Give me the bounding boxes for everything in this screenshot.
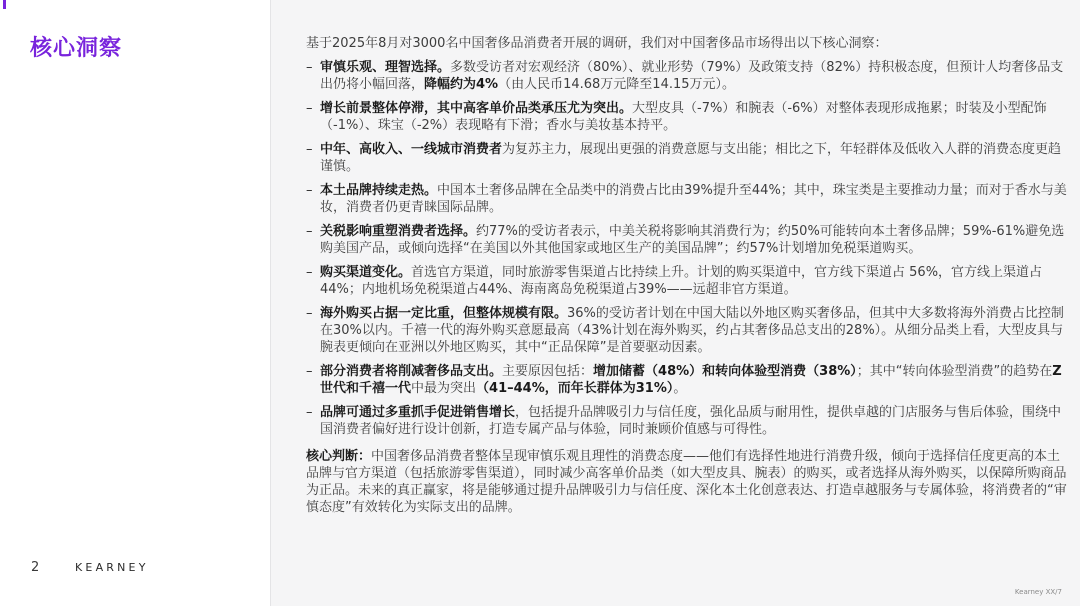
text-segment-bold: 本土品牌持续走热。 [320,183,437,198]
insight-list: –审慎乐观、理智选择。多数受访者对宏观经济（80%）、就业形势（79%）及政策支… [306,59,1068,438]
list-item: –部分消费者将削减奢侈品支出。主要原因包括：增加储蓄（48%）和转向体验型消费（… [306,363,1068,397]
bullet-dash: – [306,363,313,380]
kearney-logo: KEARNEY [75,561,149,574]
text-segment-bold: 关税影响重塑消费者选择。 [320,224,476,239]
text-segment: 。 [673,381,686,396]
bullet-dash: – [306,182,313,199]
accent-mark [3,0,6,9]
text-segment-bold: 审慎乐观、理智选择。 [320,60,450,75]
summary-paragraph: 核心判断：中国奢侈品消费者整体呈现审慎乐观且理性的消费态度——他们有选择性地进行… [306,448,1068,516]
text-segment-bold: 部分消费者将削减奢侈品支出。 [320,364,502,379]
text-segment-bold: （41–44%，而年长群体为31%） [476,381,673,396]
text-segment: 主要原因包括： [502,364,593,379]
list-item: –关税影响重塑消费者选择。约77%的受访者表示，中美关税将影响其消费行为；约50… [306,223,1068,257]
text-segment-bold: 海外购买占据一定比重，但整体规模有限。 [320,306,567,321]
insights-content: 基于2025年8月对3000名中国奢侈品消费者开展的调研，我们对中国奢侈品市场得… [306,35,1068,516]
text-segment-bold: 购买渠道变化。 [320,265,411,280]
text-segment: 首选官方渠道，同时旅游零售渠道占比持续上升。计划的购买渠道中，官方线下渠道占 5… [320,265,1042,297]
list-item: –品牌可通过多重抓手促进销售增长，包括提升品牌吸引力与信任度，强化品质与耐用性，… [306,404,1068,438]
text-segment: ；其中“转向体验型消费”的趋势在 [857,364,1052,379]
bullet-dash: – [306,141,313,158]
list-item: –海外购买占据一定比重，但整体规模有限。36%的受访者计划在中国大陆以外地区购买… [306,305,1068,356]
text-segment: 中最为突出 [411,381,476,396]
text-segment: 中国奢侈品消费者整体呈现审慎乐观且理性的消费态度——他们有选择性地进行消费升级，… [306,449,1067,515]
bullet-dash: – [306,305,313,322]
text-segment-bold: 增加储蓄（48%）和转向体验型消费（38%） [593,364,857,379]
text-segment: （由人民币14.68万元降至14.15万元）。 [498,77,735,92]
text-segment-bold: 降幅约为4% [424,77,498,92]
intro-text: 基于2025年8月对3000名中国奢侈品消费者开展的调研，我们对中国奢侈品市场得… [306,35,1068,52]
text-segment-bold: 品牌可通过多重抓手促进销售增长 [320,405,515,420]
bullet-dash: – [306,404,313,421]
page-title: 核心洞察 [30,31,122,62]
bullet-dash: – [306,100,313,117]
text-segment-bold: 核心判断： [306,449,371,464]
text-segment-bold: 中年、高收入、一线城市消费者 [320,142,502,157]
footnote-text: Kearney XX/7 [1015,588,1062,596]
list-item: –审慎乐观、理智选择。多数受访者对宏观经济（80%）、就业形势（79%）及政策支… [306,59,1068,93]
bullet-dash: – [306,59,313,76]
list-item: –购买渠道变化。首选官方渠道，同时旅游零售渠道占比持续上升。计划的购买渠道中，官… [306,264,1068,298]
list-item: –增长前景整体停滞，其中高客单价品类承压尤为突出。大型皮具（-7%）和腕表（-6… [306,100,1068,134]
text-segment-bold: 增长前景整体停滞，其中高客单价品类承压尤为突出。 [320,101,632,116]
bullet-dash: – [306,264,313,281]
page-number: 2 [31,560,39,575]
list-item: –本土品牌持续走热。中国本土奢侈品牌在全品类中的消费占比由39%提升至44%；其… [306,182,1068,216]
bullet-dash: – [306,223,313,240]
list-item: –中年、高收入、一线城市消费者为复苏主力，展现出更强的消费意愿与支出能；相比之下… [306,141,1068,175]
